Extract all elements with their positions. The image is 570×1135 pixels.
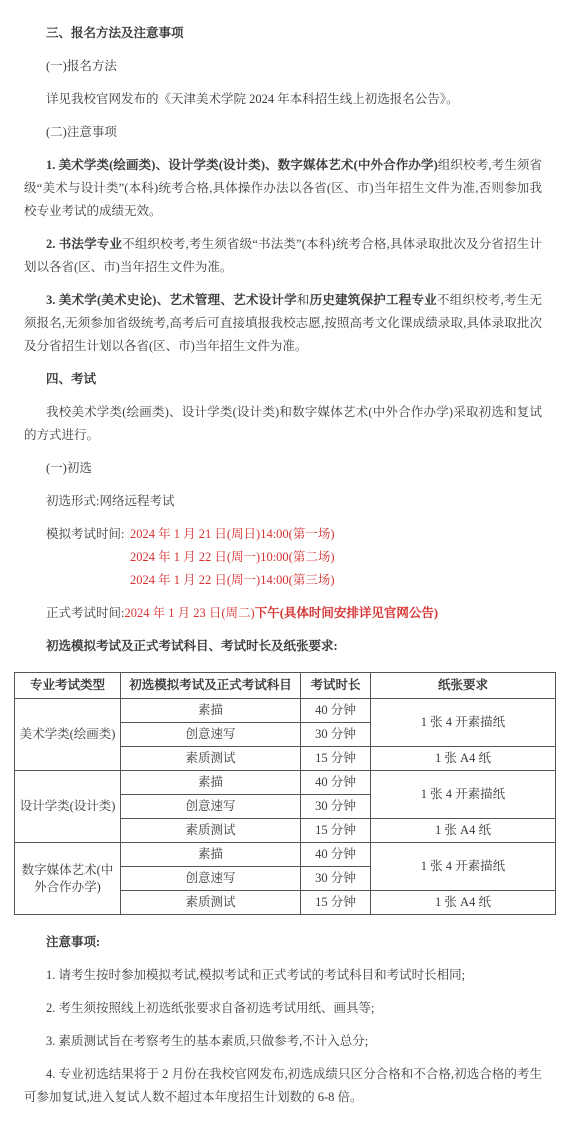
duration-cell: 40 分钟 — [301, 699, 371, 723]
notice-item-3-mid: 和 — [297, 293, 310, 307]
formal-exam-time-line: 正式考试时间:2024 年 1 月 23 日(周二)下午(具体时间安排详见官网公… — [24, 602, 542, 625]
table-row: 设计学类(设计类) 素描 40 分钟 1 张 4 开素描纸 — [15, 771, 556, 795]
col-header-category: 专业考试类型 — [15, 673, 121, 699]
subject-cell: 创意速写 — [121, 867, 301, 891]
col-header-duration: 考试时长 — [301, 673, 371, 699]
table-header-row: 专业考试类型 初选模拟考试及正式考试科目 考试时长 纸张要求 — [15, 673, 556, 699]
paper-cell-merged: 1 张 4 开素描纸 — [371, 771, 556, 819]
subject-cell: 素质测试 — [121, 891, 301, 915]
subject-cell: 创意速写 — [121, 723, 301, 747]
section3-sub1-heading: (一)报名方法 — [24, 55, 542, 78]
section4-heading: 四、考试 — [24, 368, 542, 391]
section3-heading: 三、报名方法及注意事项 — [24, 22, 542, 45]
mock-exam-time-3: 2024 年 1 月 22 日(周一)14:00(第三场) — [130, 569, 542, 592]
notice-item-2: 2. 书法学专业不组织校考,考生须省级“书法类”(本科)统考合格,具体录取批次及… — [24, 233, 542, 279]
section3-sub1-body: 详见我校官网发布的《天津美术学院 2024 年本科招生线上初选报名公告》。 — [24, 88, 542, 111]
mock-exam-time-2: 2024 年 1 月 22 日(周一)10:00(第二场) — [130, 546, 542, 569]
notice-item-3: 3. 美术学(美术史论)、艺术管理、艺术设计学和历史建筑保护工程专业不组织校考,… — [24, 289, 542, 358]
category-cell-design: 设计学类(设计类) — [15, 771, 121, 843]
mock-exam-times-block: 模拟考试时间: 2024 年 1 月 21 日(周日)14:00(第一场) 20… — [24, 523, 542, 592]
notes-heading: 注意事项: — [24, 931, 542, 954]
subject-cell: 素描 — [121, 771, 301, 795]
note-item-4: 4. 专业初选结果将于 2 月份在我校官网发布,初选成绩只区分合格和不合格,初选… — [24, 1063, 542, 1109]
exam-requirements-table: 专业考试类型 初选模拟考试及正式考试科目 考试时长 纸张要求 美术学类(绘画类)… — [14, 672, 556, 915]
duration-cell: 15 分钟 — [301, 819, 371, 843]
subject-cell: 素描 — [121, 843, 301, 867]
exam-table-intro: 初选模拟考试及正式考试科目、考试时长及纸张要求: — [24, 635, 542, 658]
col-header-paper: 纸张要求 — [371, 673, 556, 699]
duration-cell: 15 分钟 — [301, 747, 371, 771]
paper-cell-merged: 1 张 4 开素描纸 — [371, 699, 556, 747]
notice-item-1: 1. 美术学类(绘画类)、设计学类(设计类)、数字媒体艺术(中外合作办学)组织校… — [24, 154, 542, 223]
table-row: 美术学类(绘画类) 素描 40 分钟 1 张 4 开素描纸 — [15, 699, 556, 723]
section4-intro: 我校美术学类(绘画类)、设计学类(设计类)和数字媒体艺术(中外合作办学)采取初选… — [24, 401, 542, 447]
duration-cell: 40 分钟 — [301, 843, 371, 867]
notice-item-3-bold2: 历史建筑保护工程专业 — [310, 293, 437, 307]
duration-cell: 30 分钟 — [301, 795, 371, 819]
subject-cell: 素描 — [121, 699, 301, 723]
paper-cell: 1 张 A4 纸 — [371, 819, 556, 843]
category-cell-digital-media: 数字媒体艺术(中外合作办学) — [15, 843, 121, 915]
section4-sub1-heading: (一)初选 — [24, 457, 542, 480]
paper-cell: 1 张 A4 纸 — [371, 747, 556, 771]
preselection-format-line: 初选形式:网络远程考试 — [24, 490, 542, 513]
formal-exam-time-detail: 下午(具体时间安排详见官网公告) — [255, 606, 438, 620]
paper-cell-merged: 1 张 4 开素描纸 — [371, 843, 556, 891]
duration-cell: 15 分钟 — [301, 891, 371, 915]
note-item-1: 1. 请考生按时参加模拟考试,模拟考试和正式考试的考试科目和考试时长相同; — [24, 964, 542, 987]
formal-exam-time-label: 正式考试时间: — [46, 606, 124, 620]
paper-cell: 1 张 A4 纸 — [371, 891, 556, 915]
formal-exam-time-value: 2024 年 1 月 23 日(周二) — [124, 606, 254, 620]
subject-cell: 素质测试 — [121, 819, 301, 843]
notice-item-3-lead: 3. 美术学(美术史论)、艺术管理、艺术设计学 — [46, 293, 297, 307]
table-row: 数字媒体艺术(中外合作办学) 素描 40 分钟 1 张 4 开素描纸 — [15, 843, 556, 867]
document-page: 三、报名方法及注意事项 (一)报名方法 详见我校官网发布的《天津美术学院 202… — [0, 0, 570, 1135]
notice-item-1-lead: 1. 美术学类(绘画类)、设计学类(设计类)、数字媒体艺术(中外合作办学) — [46, 158, 438, 172]
mock-exam-time-1: 2024 年 1 月 21 日(周日)14:00(第一场) — [130, 523, 542, 546]
duration-cell: 30 分钟 — [301, 867, 371, 891]
mock-exam-times-label: 模拟考试时间: — [46, 523, 124, 546]
duration-cell: 30 分钟 — [301, 723, 371, 747]
note-item-2: 2. 考生须按照线上初选纸张要求自备初选考试用纸、画具等; — [24, 997, 542, 1020]
subject-cell: 创意速写 — [121, 795, 301, 819]
category-cell-fine-arts: 美术学类(绘画类) — [15, 699, 121, 771]
note-item-3: 3. 素质测试旨在考察考生的基本素质,只做参考,不计入总分; — [24, 1030, 542, 1053]
section3-sub2-heading: (二)注意事项 — [24, 121, 542, 144]
notice-item-2-lead: 2. 书法学专业 — [46, 237, 122, 251]
subject-cell: 素质测试 — [121, 747, 301, 771]
duration-cell: 40 分钟 — [301, 771, 371, 795]
col-header-subject: 初选模拟考试及正式考试科目 — [121, 673, 301, 699]
